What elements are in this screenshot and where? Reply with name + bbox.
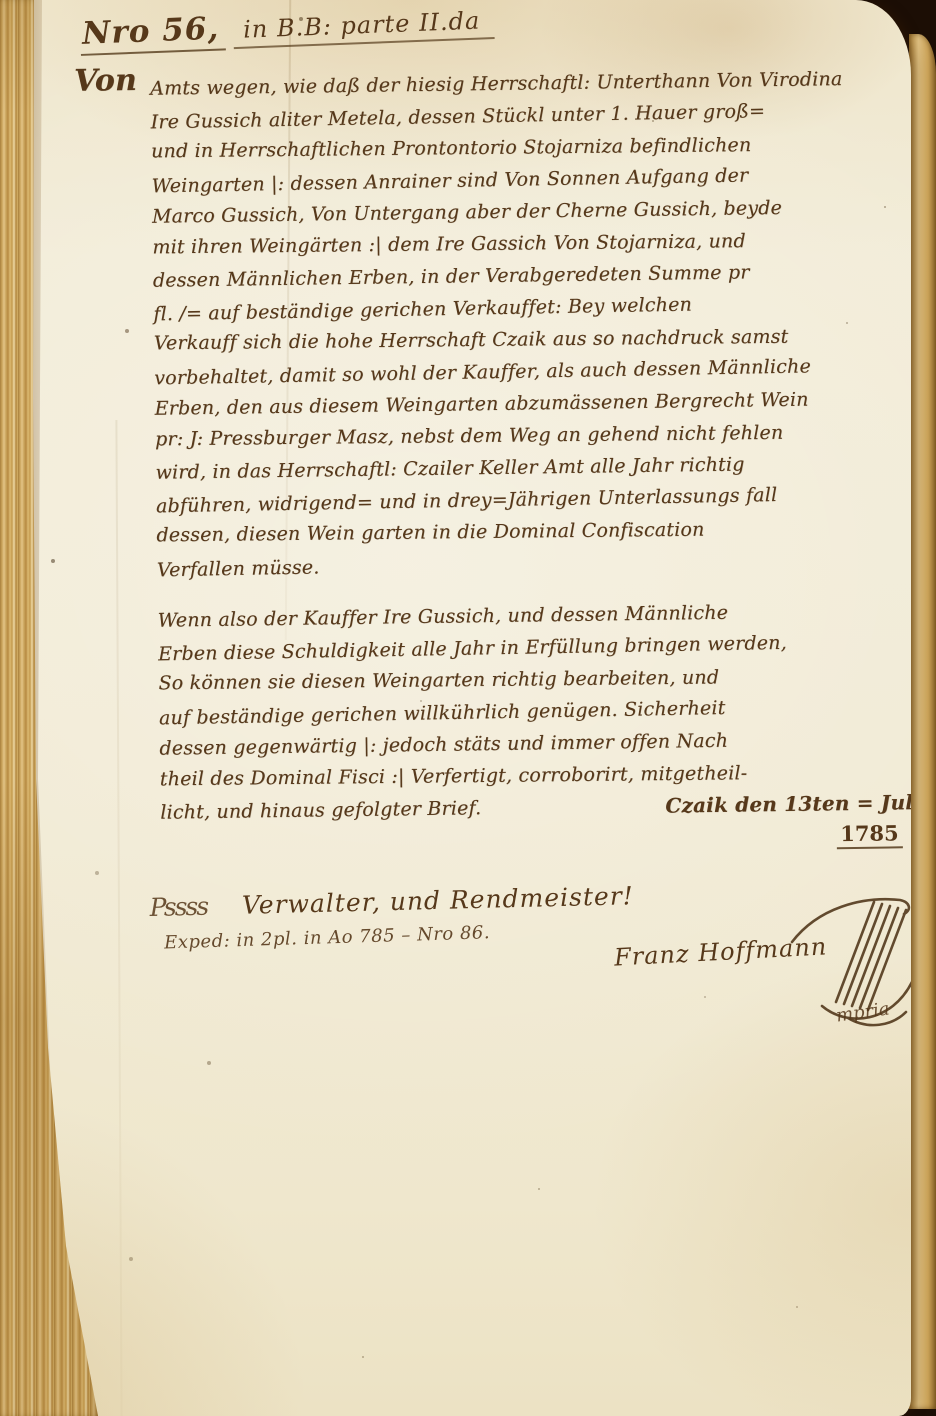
pen-flourish: Pssss	[149, 891, 233, 922]
manuscript-body: Von Amts wegen, wie daß der hiesig Herrs…	[0, 62, 911, 949]
manuscript-line-text: licht, und hinaus gefolgter Brief.	[160, 792, 481, 828]
opening-word: Von	[74, 65, 137, 98]
document-header: Nro 56,in B.B: parte II.da	[79, 0, 494, 52]
officials-title: Verwalter, und Rendmeister!	[242, 881, 634, 920]
document-year: 1785	[836, 820, 903, 849]
paragraph-1: Von Amts wegen, wie daß der hiesig Herrs…	[150, 62, 911, 585]
paragraph-2: Wenn also der Kauffer Ire Gussich, und d…	[157, 594, 911, 859]
document-number: Nro 56,	[79, 10, 226, 56]
underlying-page-edges	[909, 34, 936, 1409]
archive-reference: in B.B: parte II.da	[233, 6, 495, 49]
manuscript-page: Nro 56,in B.B: parte II.da Von Amts wege…	[0, 0, 911, 1416]
dateline: Czaik den 13ten = Julij	[665, 786, 911, 822]
